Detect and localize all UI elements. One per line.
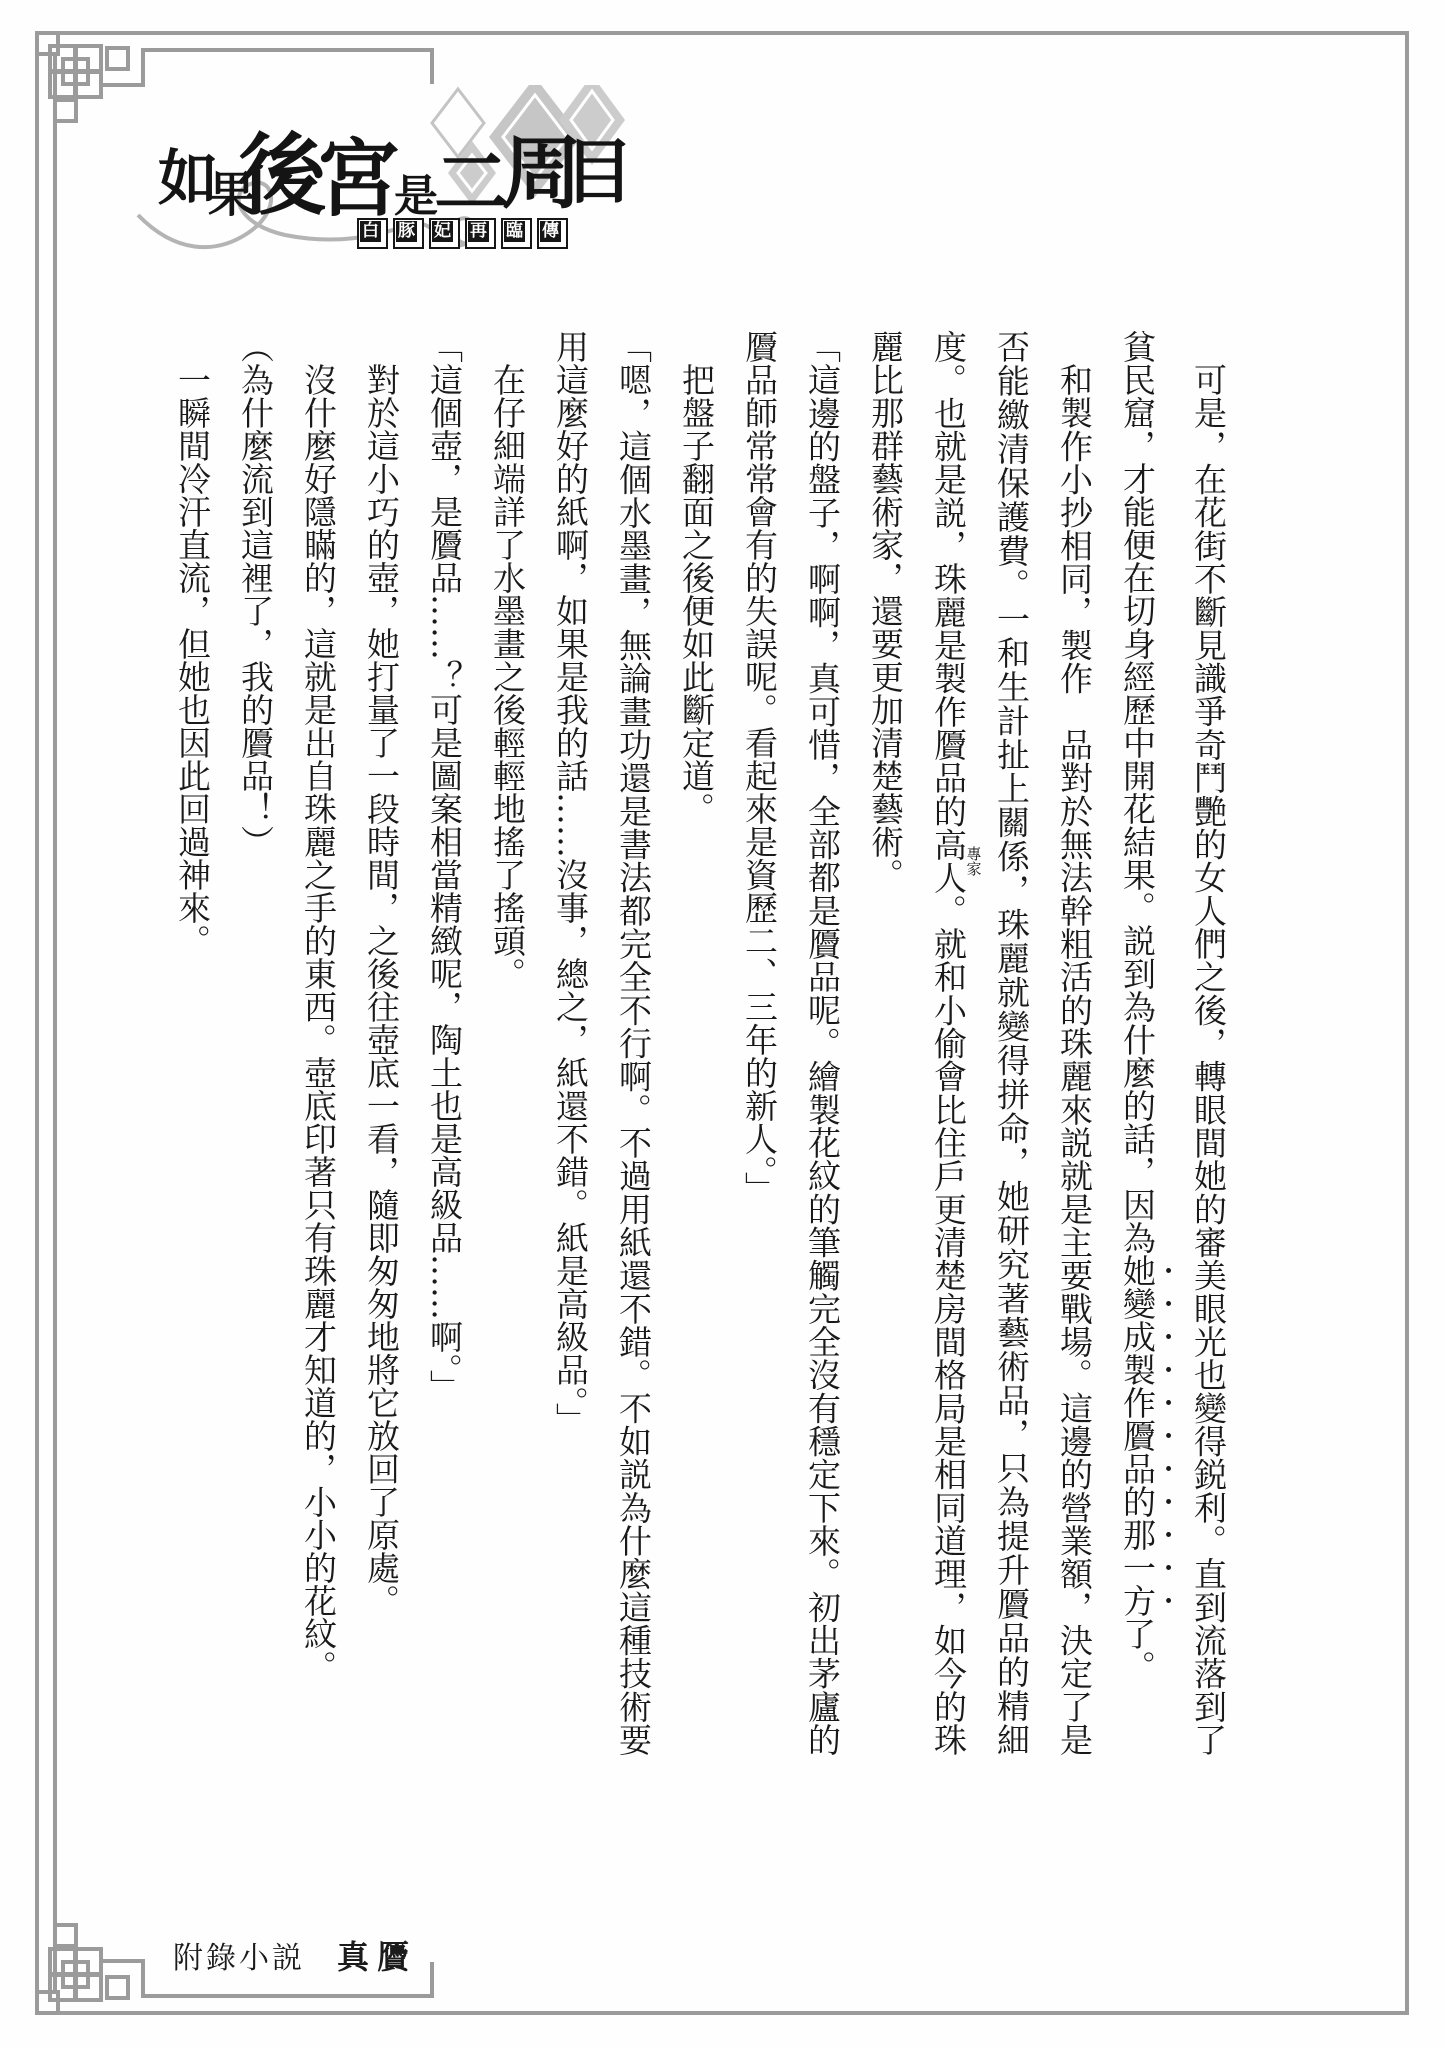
ruby-text: 專家 bbox=[965, 828, 983, 894]
logo-subtitle-box: 豚 bbox=[393, 218, 424, 249]
paragraph-thought: （為什麼流到這裡了，我的贗品！） bbox=[224, 330, 287, 1756]
paragraph: 可是，在花街不斷見識爭奇鬥艷的女人們之後，轉眼間她的審美眼光也變得鋭利。直到流落… bbox=[1106, 330, 1240, 1756]
logo-subtitle-char: 白 bbox=[360, 221, 381, 242]
ruby-annotation: 高人專家 bbox=[929, 828, 968, 894]
paragraph-dialogue: 「嗯，這個水墨畫，無論畫功還是書法都完全不行啊。不過用紙還不錯。不如説為什麼這種… bbox=[539, 330, 665, 1756]
logo-title-char: 宮 bbox=[316, 137, 400, 221]
page-footer: 附錄小説真贗 bbox=[173, 1932, 417, 1978]
paragraph: 把盤子翻面之後便如此斷定道。 bbox=[665, 330, 728, 1756]
paragraph: 沒什麼好隱瞞的，這就是出自珠麗之手的東西。壺底印著只有珠麗才知道的，小小的花紋。 bbox=[287, 330, 350, 1756]
logo-subtitle-char: 豚 bbox=[396, 221, 417, 242]
logo-subtitle-box: 傳 bbox=[537, 218, 568, 249]
logo-subtitle-char: 再 bbox=[468, 221, 489, 242]
logo-subtitle-box: 臨 bbox=[501, 218, 532, 249]
paragraph: 在仔細端詳了水墨畫之後輕輕地搖了搖頭。 bbox=[476, 330, 539, 1756]
book-page: 如 果 後 宮 是 二 周 目 白 豚 妃 再 臨 傳 可是，在花街不斷見識爭奇… bbox=[0, 0, 1444, 2048]
logo-subtitle: 白 豚 妃 再 臨 傳 bbox=[357, 218, 568, 249]
logo-subtitle-box: 妃 bbox=[429, 218, 460, 249]
logo-title-char: 後 bbox=[238, 131, 326, 219]
logo-subtitle-box: 再 bbox=[465, 218, 496, 249]
paragraph: 和製作小抄相同，製作 品對於無法幹粗活的珠麗來説就是主要戰場。這邊的營業額，決定… bbox=[854, 330, 1106, 1756]
series-logo: 如 果 後 宮 是 二 周 目 白 豚 妃 再 臨 傳 bbox=[120, 85, 640, 260]
footer-section-label: 附錄小説 bbox=[173, 1941, 305, 1976]
paragraph: 一瞬間冷汗直流，但她也因此回過神來。 bbox=[161, 330, 224, 1756]
novel-text: 可是，在花街不斷見識爭奇鬥艷的女人們之後，轉眼間她的審美眼光也變得鋭利。直到流落… bbox=[161, 330, 1240, 1756]
logo-title-char: 目 bbox=[564, 137, 634, 207]
paragraph-dialogue: 「這邊的盤子，啊啊，真可惜，全部都是贗品呢。繪製花紋的筆觸完全沒有穩定下來。初出… bbox=[728, 330, 854, 1756]
paragraph-dialogue: 「這個壺，是贗品……？可是圖案相當精緻呢，陶土也是高級品……啊。」 bbox=[413, 330, 476, 1756]
logo-title-char: 二 bbox=[434, 145, 510, 221]
logo-subtitle-char: 妃 bbox=[432, 221, 453, 242]
ruby-base: 高人 bbox=[929, 828, 968, 894]
logo-subtitle-char: 臨 bbox=[504, 221, 525, 242]
paragraph: 對於這小巧的壺，她打量了一段時間，之後往壺底一看，隨即匆匆地將它放回了原處。 bbox=[350, 330, 413, 1756]
logo-title-char: 是 bbox=[394, 175, 438, 219]
footer-story-title: 真贗 bbox=[337, 1938, 417, 1976]
logo-subtitle-char: 傳 bbox=[540, 221, 561, 242]
emphasized-phrase: 她變成製作贗品的那一方 bbox=[1118, 1254, 1157, 1617]
logo-subtitle-box: 白 bbox=[357, 218, 388, 249]
text-run: 了。 bbox=[1118, 1617, 1157, 1683]
